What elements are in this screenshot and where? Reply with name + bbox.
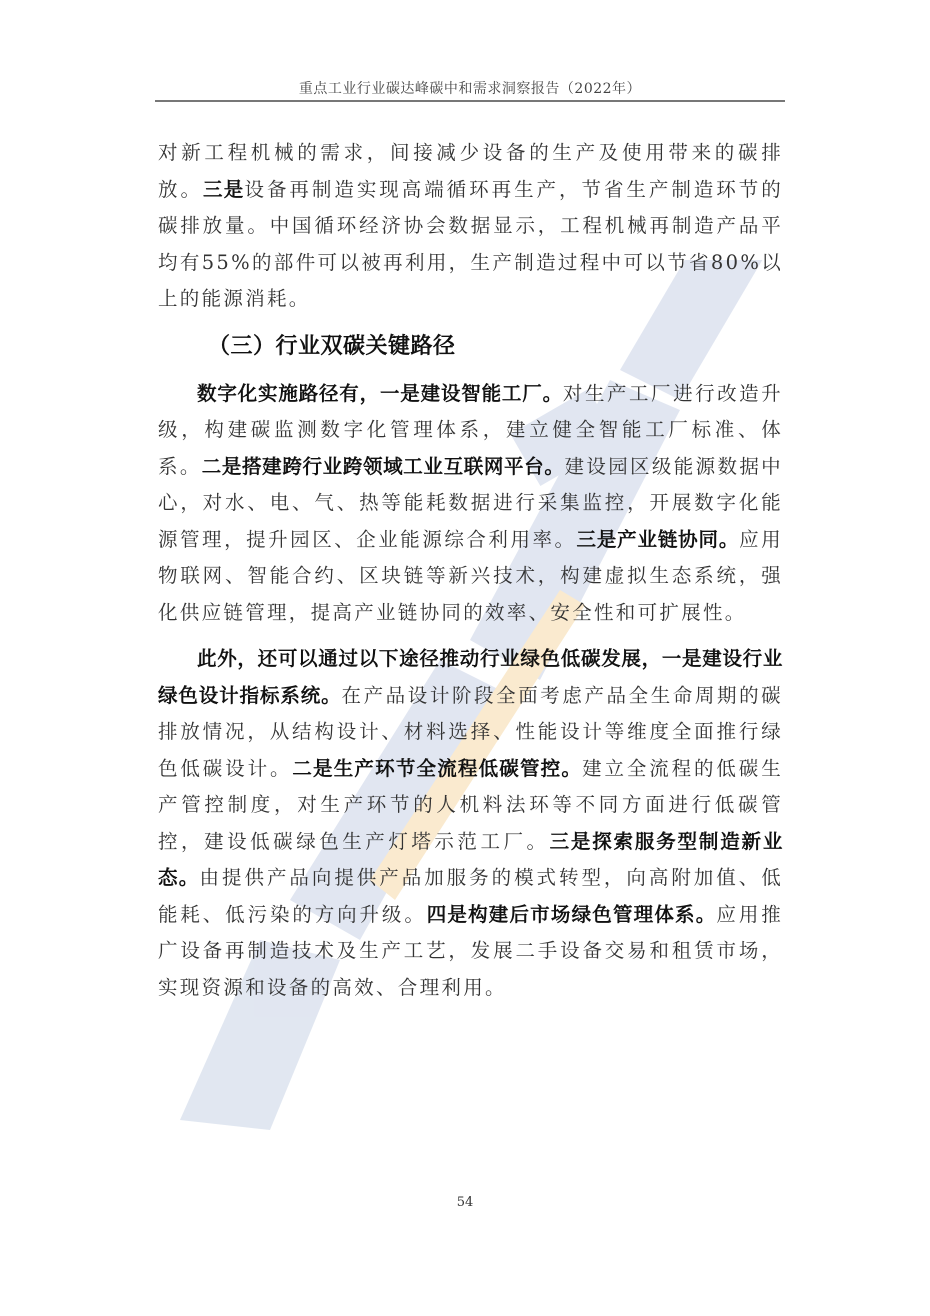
header-divider	[155, 100, 785, 102]
bold-run: 四是构建后市场绿色管理体系。	[427, 903, 717, 926]
section-heading: （三）行业双碳关键路径	[208, 328, 783, 366]
bold-run: 数字化实施路径有，一是建设智能工厂。	[197, 382, 563, 405]
paragraph-green-path: 此外，还可以通过以下途径推动行业绿色低碳发展，一是建设行业绿色设计指标系统。在产…	[158, 641, 783, 1006]
text-run: 设备再制造实现高端循环再生产，节省生产制造环节的碳排放量。中国循环经济协会数据显…	[158, 178, 783, 311]
bold-run: 二是搭建跨行业跨领域工业互联网平台。	[202, 455, 565, 478]
bold-run: 二是生产环节全流程低碳管控。	[292, 757, 582, 780]
bold-run: 三是	[203, 178, 245, 201]
paragraph-digital-path: 数字化实施路径有，一是建设智能工厂。对生产工厂进行改造升级，构建碳监测数字化管理…	[158, 376, 783, 632]
page-number: 54	[0, 1195, 930, 1210]
page-header-title: 重点工业行业碳达峰碳中和需求洞察报告（2022年）	[155, 78, 785, 98]
document-body: 对新工程机械的需求，间接减少设备的生产及使用带来的碳排放。三是设备再制造实现高端…	[158, 135, 783, 1006]
paragraph-remanufacturing: 对新工程机械的需求，间接减少设备的生产及使用带来的碳排放。三是设备再制造实现高端…	[158, 135, 783, 318]
bold-run: 三是产业链协同。	[577, 528, 740, 551]
